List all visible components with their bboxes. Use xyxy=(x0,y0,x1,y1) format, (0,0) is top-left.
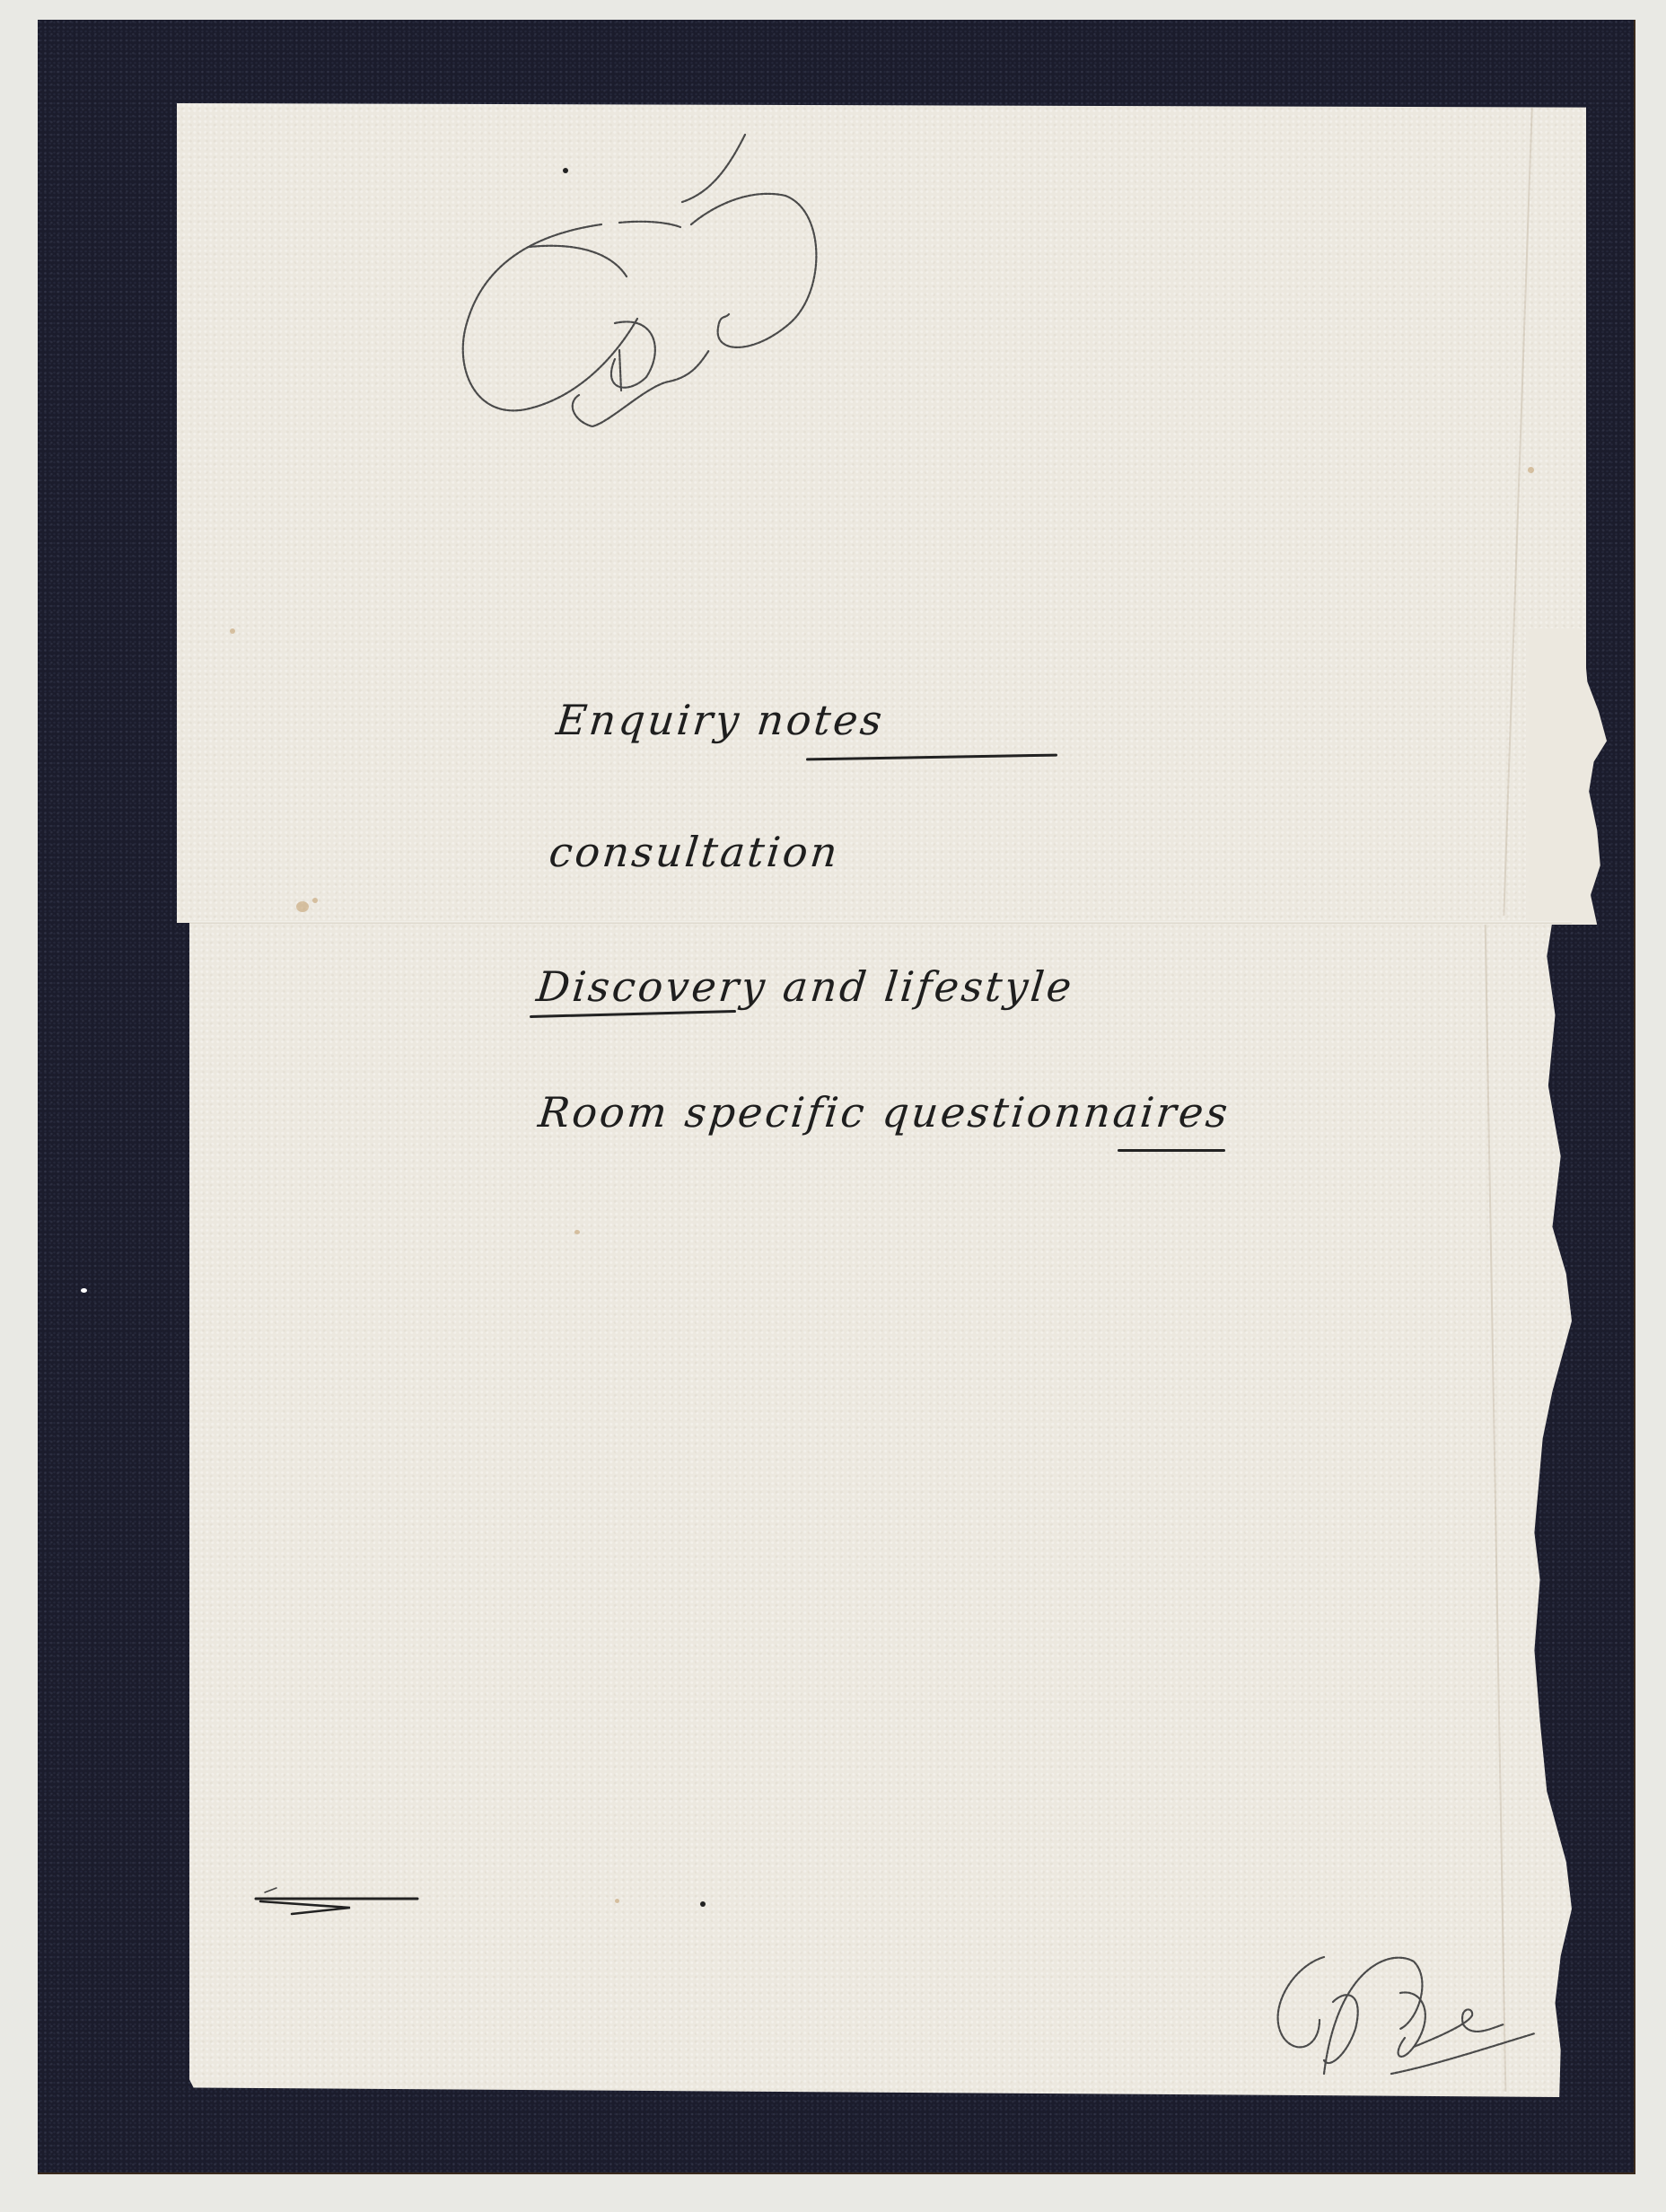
handwritten-line-enquiry-notes: Enquiry notes xyxy=(554,696,887,744)
pencil-scribble-signature-icon xyxy=(431,135,862,440)
paper-stain xyxy=(1528,467,1534,473)
paper-stain xyxy=(615,1899,619,1903)
handwritten-line-discovery-lifestyle: Discovery and lifestyle xyxy=(534,962,1076,1011)
paper-stain xyxy=(230,628,235,634)
paper-fold-seam xyxy=(189,921,1572,924)
paper-stain xyxy=(574,1230,580,1234)
ink-dash-mark-icon xyxy=(251,1885,431,1921)
paper-stain xyxy=(312,898,318,903)
handwritten-line-room-specific-questionnaires: Room specific questionnaires xyxy=(536,1088,1232,1137)
handwritten-line-consultation: consultation xyxy=(547,828,842,876)
underline-dashes xyxy=(1118,1149,1225,1152)
ink-speck xyxy=(700,1901,706,1907)
paper-upper-piece xyxy=(177,103,1586,923)
pencil-initials-signature-icon xyxy=(1257,1939,1526,2074)
paper-stain xyxy=(296,901,309,912)
mat-speck xyxy=(81,1288,87,1293)
